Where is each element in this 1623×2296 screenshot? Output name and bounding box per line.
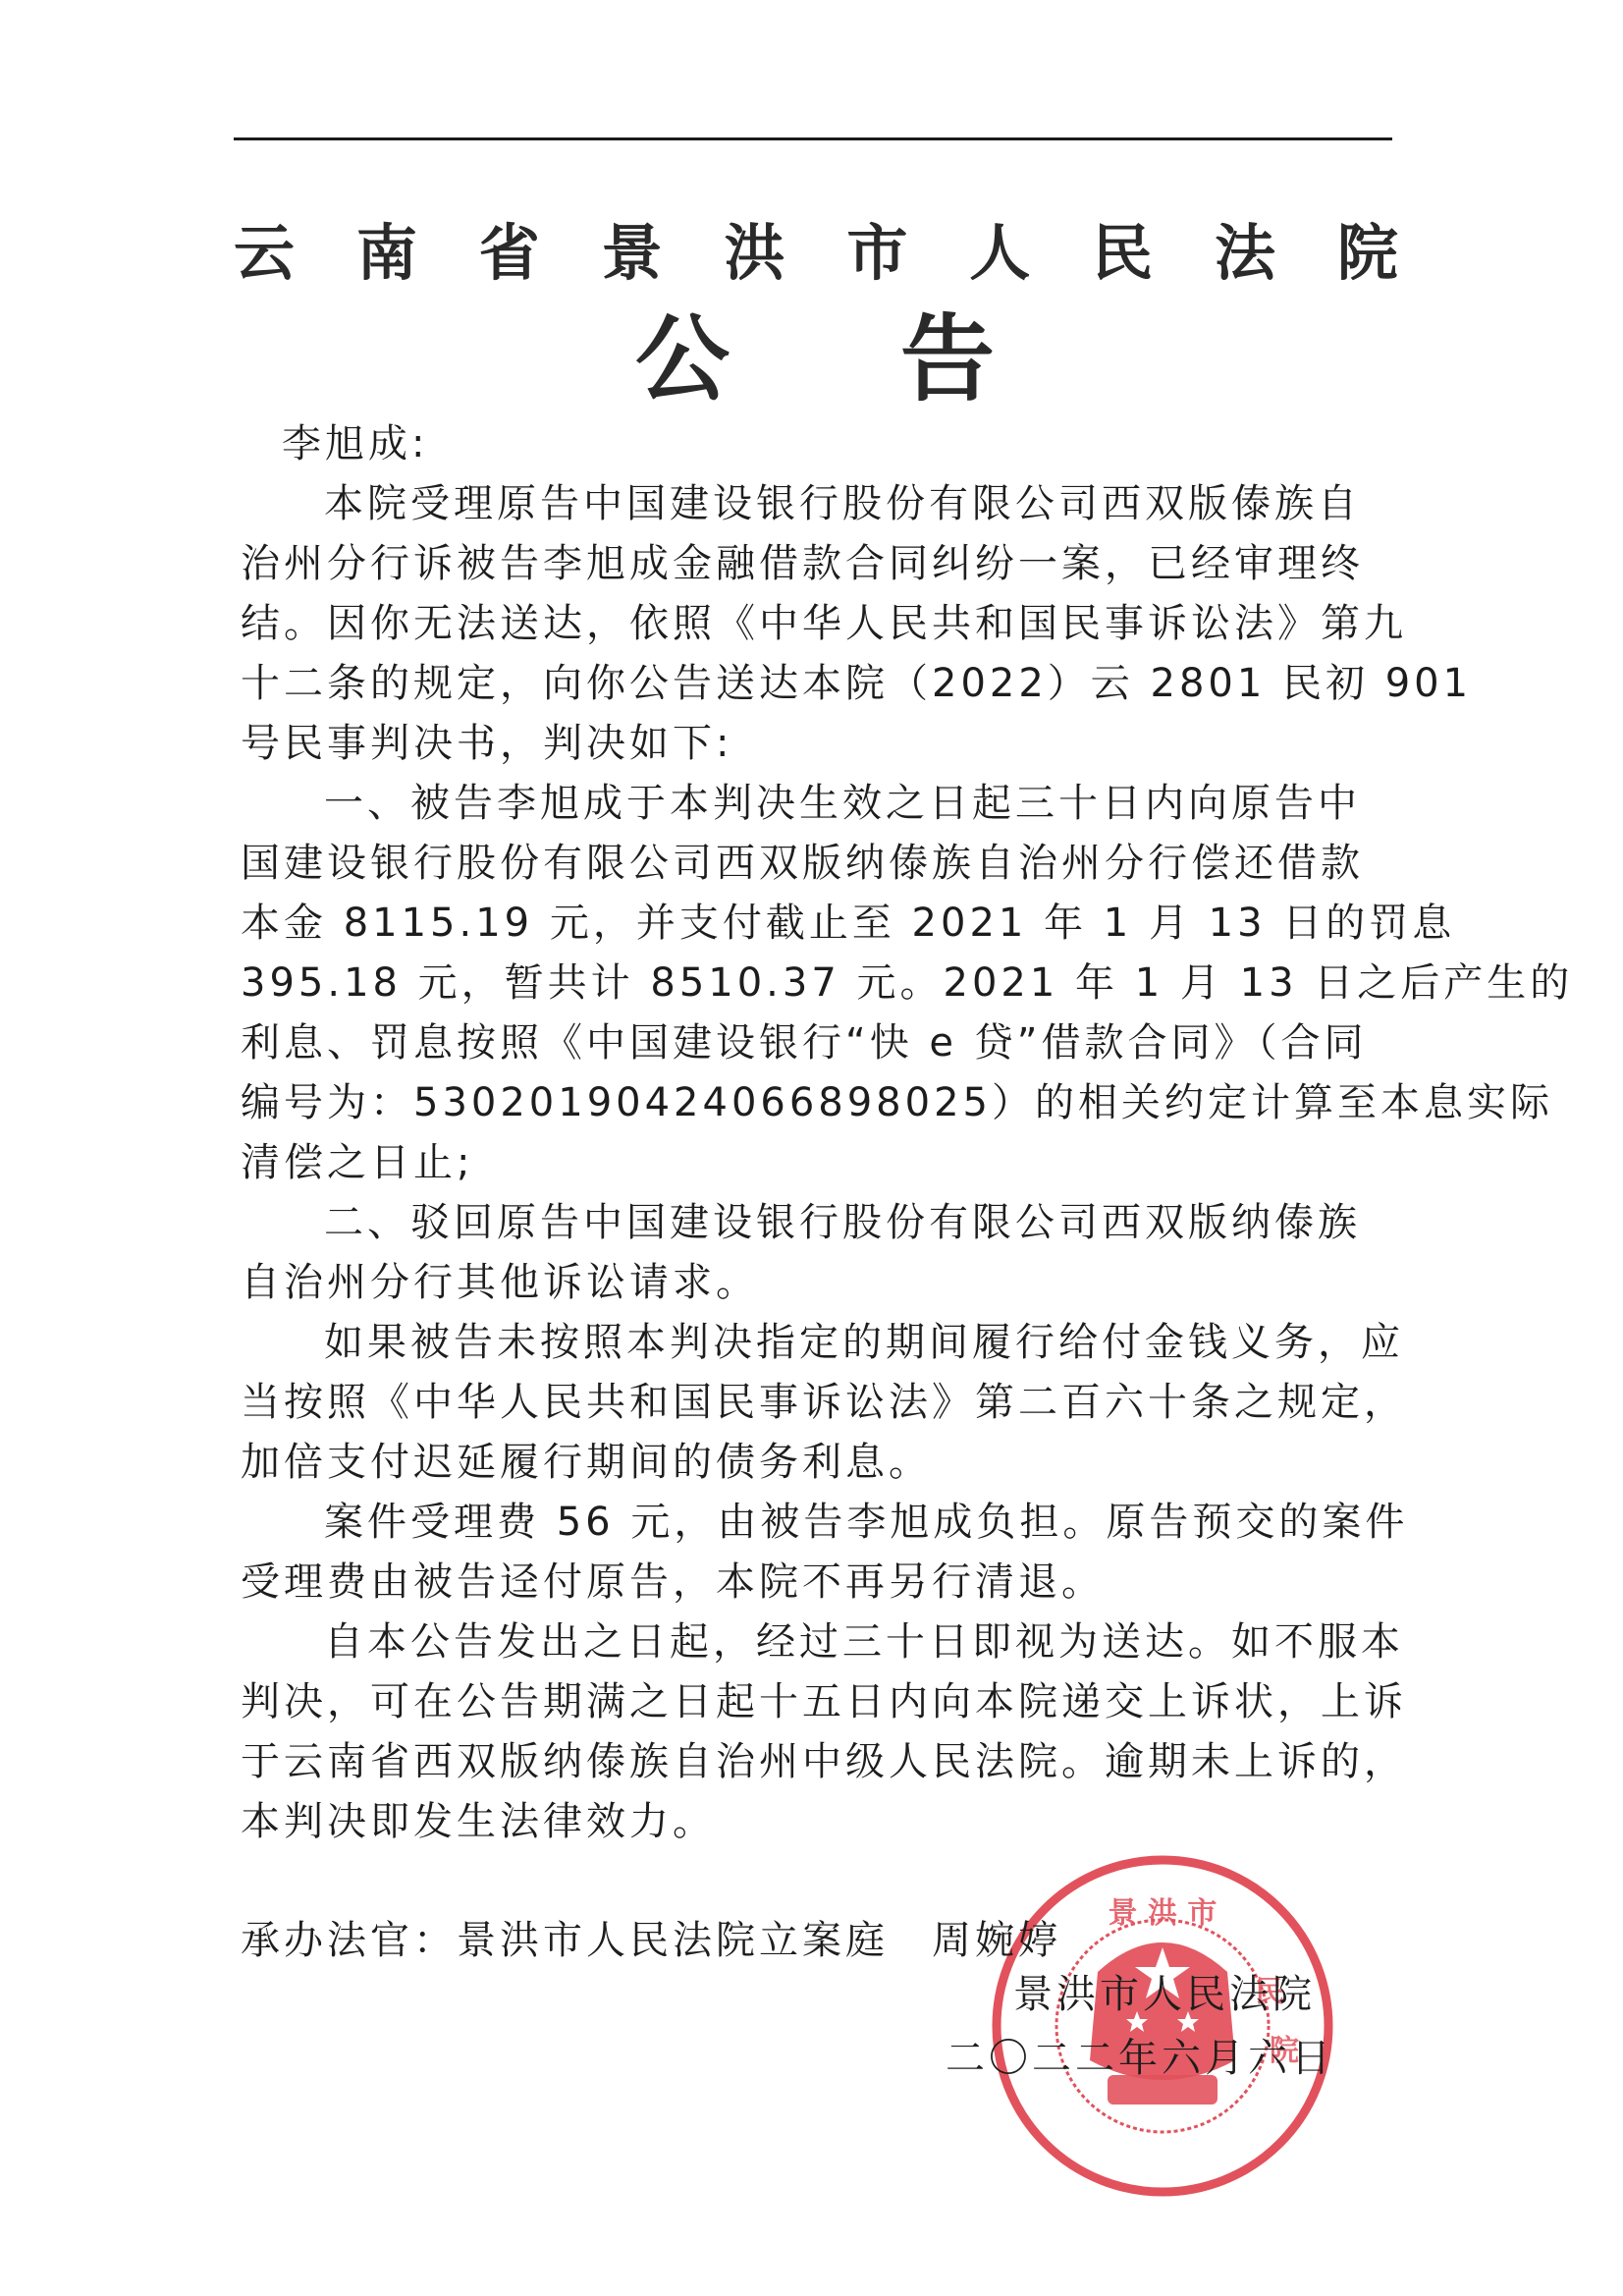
title-char: 民	[1092, 204, 1153, 292]
title-char: 院	[1337, 204, 1398, 292]
body-line: 国建设银行股份有限公司西双版纳傣族自治州分行偿还借款	[241, 842, 1364, 885]
header-rule	[234, 137, 1392, 140]
body-line: 当按照《中华人民共和国民事诉讼法》第二百六十条之规定，	[241, 1381, 1407, 1424]
court-seal-icon: 景 洪 市 院 民	[990, 1854, 1335, 2198]
body-line: 十二条的规定，向你公告送达本院（2022）云 2801 民初 901	[241, 662, 1472, 705]
heading-char: 告	[893, 285, 1001, 419]
title-char: 云	[234, 204, 295, 292]
body-line: 案件受理费 56 元，由被告李旭成负担。原告预交的案件	[324, 1501, 1408, 1544]
title-char: 洪	[725, 204, 785, 292]
court-name-title: 云 南 省 景 洪 市 人 民 法 院	[234, 210, 1398, 285]
issue-date: 二〇二二年六月六日	[946, 2037, 1334, 2080]
body-line: 自治州分行其他诉讼请求。	[241, 1261, 759, 1304]
document-type-heading: 公 告	[628, 300, 1001, 404]
title-char: 南	[356, 204, 417, 292]
body-line: 本判决即发生法律效力。	[241, 1800, 716, 1843]
body-line: 清偿之日止;	[241, 1141, 473, 1184]
body-line: 利息、罚息按照《中国建设银行“快 e 贷”借款合同》（合同	[241, 1021, 1367, 1065]
title-char: 人	[969, 204, 1030, 292]
body-line: 本院受理原告中国建设银行股份有限公司西双版傣族自	[324, 482, 1361, 525]
addressee: 李旭成:	[282, 422, 428, 465]
title-char: 法	[1215, 204, 1275, 292]
body-line: 加倍支付迟延履行期间的债务利息。	[241, 1441, 932, 1484]
heading-char: 公	[628, 285, 736, 419]
body-line: 判决，可在公告期满之日起十五日内向本院递交上诉状，上诉	[241, 1680, 1407, 1723]
body-line: 如果被告未按照本判决指定的期间履行给付金钱义务，应	[324, 1321, 1404, 1364]
issuing-court: 景洪市人民法院	[1013, 1973, 1316, 2016]
body-line: 395.18 元，暂共计 8510.37 元。2021 年 1 月 13 日之后…	[241, 961, 1573, 1005]
svg-text:景 洪 市: 景 洪 市	[1109, 1896, 1217, 1931]
body-line: 结。因你无法送达，依照《中华人民共和国民事诉讼法》第九	[241, 602, 1407, 645]
body-line: 自本公告发出之日起，经过三十日即视为送达。如不服本	[324, 1620, 1404, 1664]
title-char: 市	[846, 204, 907, 292]
body-line: 治州分行诉被告李旭成金融借款合同纠纷一案，已经审理终	[241, 542, 1364, 585]
presiding-judge-line: 承办法官：景洪市人民法院立案庭 周婉婷	[241, 1919, 1061, 1962]
title-char: 省	[479, 204, 540, 292]
body-line: 于云南省西双版纳傣族自治州中级人民法院。逾期未上诉的，	[241, 1740, 1407, 1783]
judgment-item-1: 一、被告李旭成于本判决生效之日起三十日内向原告中	[324, 782, 1361, 825]
body-line: 受理费由被告迳付原告，本院不再另行清退。	[241, 1560, 1105, 1604]
title-char: 景	[602, 204, 663, 292]
judgment-item-2: 二、驳回原告中国建设银行股份有限公司西双版纳傣族	[324, 1201, 1361, 1244]
body-line: 编号为：53020190424066898025）的相关约定计算至本息实际	[241, 1081, 1553, 1124]
body-line: 号民事判决书，判决如下:	[241, 722, 732, 765]
body-line: 本金 8115.19 元，并支付截止至 2021 年 1 月 13 日的罚息	[241, 902, 1455, 945]
